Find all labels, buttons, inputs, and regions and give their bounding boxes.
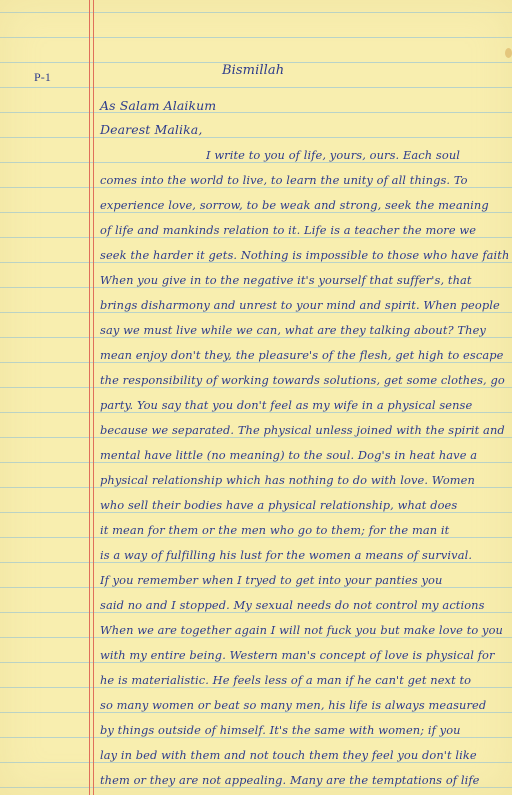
legal-pad-page: P-1 Bismillah As Salam Alaikum Dearest M… [0,0,512,795]
body-line: the responsibility of working towards so… [100,373,508,387]
body-line: party. You say that you don't feel as my… [100,398,508,412]
body-line: If you remember when I tryed to get into… [100,573,508,587]
letter-greeting: As Salam Alaikum [100,98,216,113]
letter-heading: Bismillah [222,63,284,78]
body-line: is a way of fulfilling his lust for the … [100,548,508,562]
body-line: seek the harder it gets. Nothing is impo… [100,248,508,262]
margin-line-right [93,0,94,795]
body-line: comes into the world to live, to learn t… [100,173,508,187]
letter-salutation: Dearest Malika, [100,122,202,137]
body-line: experience love, sorrow, to be weak and … [100,198,508,212]
body-line: lay in bed with them and not touch them … [100,748,508,762]
body-line: by things outside of himself. It's the s… [100,723,508,737]
body-line: I write to you of life, yours, ours. Eac… [206,148,508,162]
body-line: he is materialistic. He feels less of a … [100,673,508,687]
body-line: because we separated. The physical unles… [100,423,508,437]
page-marker: P-1 [34,70,51,85]
body-line: When we are together again I will not fu… [100,623,508,637]
body-line: mean enjoy don't they, the pleasure's of… [100,348,508,362]
body-line: physical relationship which has nothing … [100,473,508,487]
body-line: who sell their bodies have a physical re… [100,498,508,512]
body-line: with my entire being. Western man's conc… [100,648,508,662]
body-line: them or they are not appealing. Many are… [100,773,508,787]
body-line: say we must live while we can, what are … [100,323,508,337]
body-line: of life and mankinds relation to it. Lif… [100,223,508,237]
body-line: said no and I stopped. My sexual needs d… [100,598,508,612]
body-line: so many women or beat so many men, his l… [100,698,508,712]
margin-line-left [89,0,90,795]
body-line: brings disharmony and unrest to your min… [100,298,508,312]
body-line: When you give in to the negative it's yo… [100,273,508,287]
body-line: mental have little (no meaning) to the s… [100,448,508,462]
body-line: it mean for them or the men who go to th… [100,523,508,537]
paper-stain [505,48,512,58]
